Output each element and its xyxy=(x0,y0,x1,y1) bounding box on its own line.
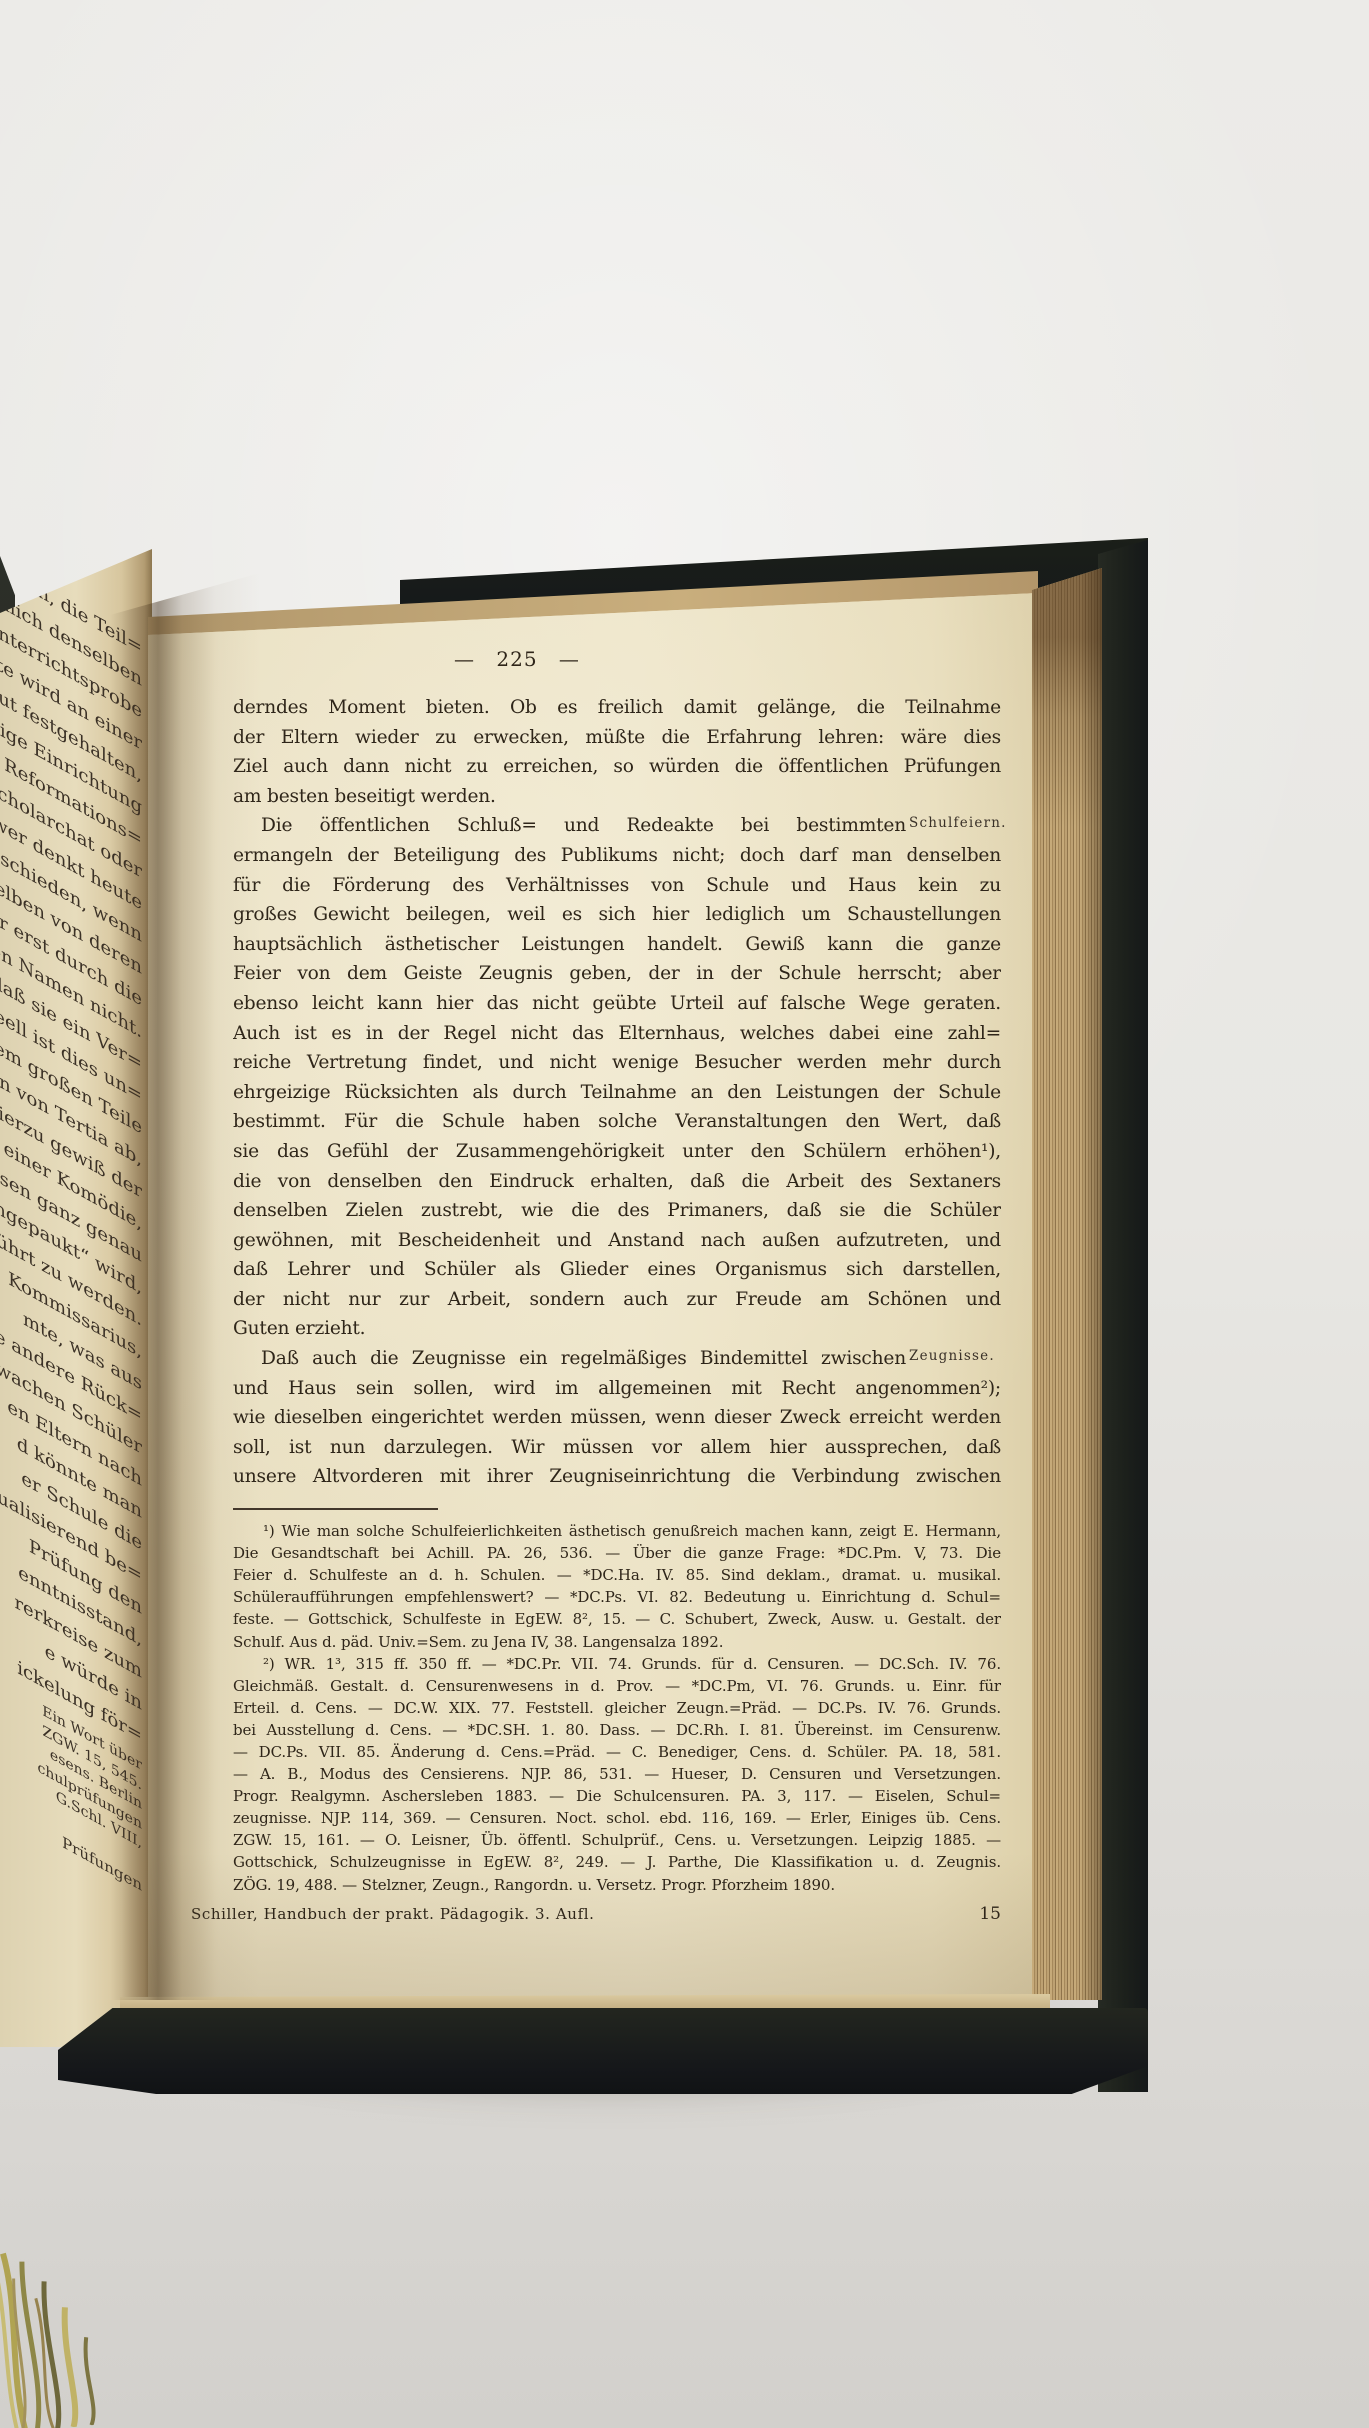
text-line: Feier von dem Geiste Zeugnis geben, der … xyxy=(233,959,1001,989)
page-number: — 225 — xyxy=(133,647,901,677)
text-line: Erteil. d. Cens. — DC.W. XIX. 77. Festst… xyxy=(233,1697,1001,1719)
text-line: für die Förderung des Verhältnisses von … xyxy=(233,871,1001,901)
cover-right-board xyxy=(1098,540,1148,2092)
text-line: denselben Zielen zustrebt, wie die des P… xyxy=(233,1196,1001,1226)
text-line: Progr. Realgymn. Aschersleben 1883. — Di… xyxy=(233,1785,1001,1807)
text-line: Schulf. Aus d. päd. Univ.=Sem. zu Jena I… xyxy=(233,1631,1001,1653)
paragraph-2: Die öffentlichen Schluß= und Redeakte be… xyxy=(233,811,1001,1344)
text-line: hauptsächlich ästhetischer Leistungen ha… xyxy=(233,930,1001,960)
text-line: und Haus sein sollen, wird im allgemeine… xyxy=(233,1374,1001,1404)
text-line: reiche Vertretung findet, und nicht weni… xyxy=(233,1048,1001,1078)
text-line: Die Gesandtschaft bei Achill. PA. 26, 53… xyxy=(233,1542,1001,1564)
text-line: ²) WR. 1³, 315 ff. 350 ff. — *DC.Pr. VII… xyxy=(233,1653,1001,1675)
text-line: sie das Gefühl der Zusammengehörigkeit u… xyxy=(233,1137,1001,1167)
text-line: ¹) Wie man solche Schulfeierlichkeiten ä… xyxy=(233,1520,1001,1542)
text-line: zeugnisse. NJP. 114, 369. — Censuren. No… xyxy=(233,1807,1001,1829)
cover-bottom-board xyxy=(58,2008,1148,2096)
text-line: feste. — Gottschick, Schulfeste in EgEW.… xyxy=(233,1608,1001,1630)
left-page-text-fragments: Mittel sein, die Teil=nn nämlich denselb… xyxy=(0,545,142,1895)
text-line: der nicht nur zur Arbeit, sondern auch z… xyxy=(233,1285,1001,1315)
text-line: — A. B., Modus des Censierens. NJP. 86, … xyxy=(233,1763,1001,1785)
text-line: derndes Moment bieten. Ob es freilich da… xyxy=(233,693,1001,723)
text-line: — DC.Ps. VII. 85. Änderung d. Cens.=Präd… xyxy=(233,1741,1001,1763)
margin-note-schulfeiern: Schulfeiern. xyxy=(909,815,1009,831)
text-line: ebenso leicht kann hier das nicht geübte… xyxy=(233,989,1001,1019)
text-line: gewöhnen, mit Bescheidenheit und Anstand… xyxy=(233,1226,1001,1256)
margin-note-zeugnisse: Zeugnisse. xyxy=(909,1348,1009,1364)
book-signature: Schiller, Handbuch der prakt. Pädagogik.… xyxy=(191,1905,594,1923)
text-line: wie dieselben eingerichtet werden müssen… xyxy=(233,1403,1001,1433)
text-line: Daß auch die Zeugnisse ein regelmäßiges … xyxy=(233,1344,906,1374)
text-line: ermangeln der Beteiligung des Publikums … xyxy=(233,841,1001,871)
left-page: Mittel sein, die Teil=nn nämlich denselb… xyxy=(0,545,152,2047)
footnote-separator xyxy=(233,1508,438,1510)
text-line: Gleichmäß. Gestalt. d. Censurenwesens in… xyxy=(233,1675,1001,1697)
text-line: großes Gewicht beilegen, weil es sich hi… xyxy=(233,900,1001,930)
text-line: daß Lehrer und Schüler als Glieder eines… xyxy=(233,1255,1001,1285)
text-line: bei Ausstellung d. Cens. — *DC.SH. 1. 80… xyxy=(233,1719,1001,1741)
paragraph-1: derndes Moment bieten. Ob es freilich da… xyxy=(233,693,1001,811)
text-line: ZÖG. 19, 488. — Stelzner, Zeugn., Rangor… xyxy=(233,1874,1001,1896)
text-line: Guten erzieht. xyxy=(233,1314,1001,1344)
fore-edge-page-stack xyxy=(1032,548,1102,2000)
text-line: Die öffentlichen Schluß= und Redeakte be… xyxy=(233,811,906,841)
text-line: Ziel auch dann nicht zu erreichen, so wü… xyxy=(233,752,1001,782)
page-content: — 225 — derndes Moment bieten. Ob es fre… xyxy=(233,647,1001,1924)
text-line: Gottschick, Schulzeugnisse in EgEW. 8², … xyxy=(233,1851,1001,1873)
text-line: unsere Altvorderen mit ihrer Zeugniseinr… xyxy=(233,1462,1001,1492)
right-page: — 225 — derndes Moment bieten. Ob es fre… xyxy=(148,545,1038,1998)
footnote-1: ¹) Wie man solche Schulfeierlichkeiten ä… xyxy=(233,1520,1001,1653)
bookmark-tassel xyxy=(0,2240,129,2428)
text-line: soll, ist nun darzulegen. Wir müssen vor… xyxy=(233,1433,1001,1463)
text-line: bestimmt. Für die Schule haben solche Ve… xyxy=(233,1107,1001,1137)
text-line: Schüleraufführungen empfehlenswert? — *D… xyxy=(233,1586,1001,1608)
text-line: am besten beseitigt werden. xyxy=(233,782,1001,812)
signature-line: Schiller, Handbuch der prakt. Pädagogik.… xyxy=(191,1904,1001,1924)
text-line: Feier d. Schulfeste an d. h. Schulen. — … xyxy=(233,1564,1001,1586)
footnote-2: ²) WR. 1³, 315 ff. 350 ff. — *DC.Pr. VII… xyxy=(233,1653,1001,1896)
sheet-number: 15 xyxy=(979,1904,1001,1924)
text-line: Auch ist es in der Regel nicht das Elter… xyxy=(233,1019,1001,1049)
left-page-main-fragments: Mittel sein, die Teil=nn nämlich denselb… xyxy=(0,545,142,1753)
text-line: die von denselben den Eindruck erhalten,… xyxy=(233,1167,1001,1197)
text-line: der Eltern wieder zu erwecken, müßte die… xyxy=(233,723,1001,753)
text-line: ehrgeizige Rücksichten als durch Teilnah… xyxy=(233,1078,1001,1108)
book-photo: Mittel sein, die Teil=nn nämlich denselb… xyxy=(0,0,1369,2428)
paragraph-3: Daß auch die Zeugnisse ein regelmäßiges … xyxy=(233,1344,1001,1492)
text-line: ZGW. 15, 161. — O. Leisner, Üb. öffentl.… xyxy=(233,1829,1001,1851)
